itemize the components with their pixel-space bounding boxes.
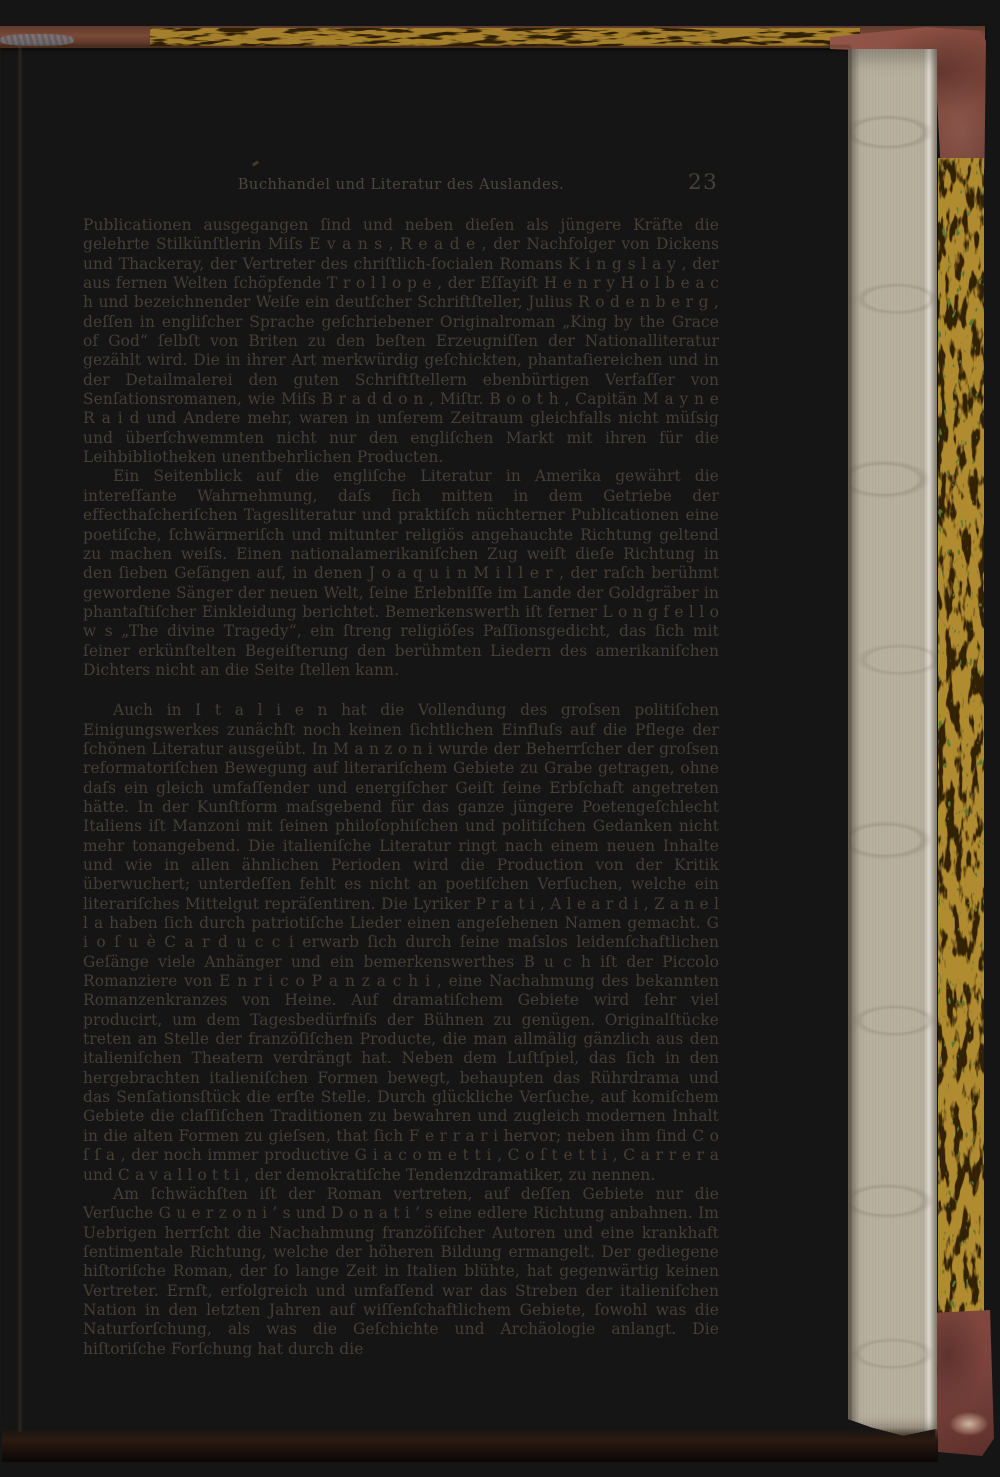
- fore-edge-marbling: [848, 49, 937, 1437]
- marbled-cover-edge: [936, 158, 984, 1320]
- paragraph: Publicationen ausgegangen ſind und neben…: [83, 216, 719, 467]
- endpaper-marble-fragment: [0, 34, 74, 46]
- page-fore-edge: [848, 49, 937, 1437]
- paragraph: Ein Seitenblick auf die engliſche Litera…: [83, 467, 719, 680]
- text-block: Publicationen ausgegangen ſind und neben…: [83, 208, 719, 1359]
- page-number: 23: [688, 170, 718, 195]
- book-page: Buchhandel und Literatur des Auslandes. …: [0, 46, 850, 1432]
- running-head: Buchhandel und Literatur des Auslandes.: [83, 176, 719, 193]
- scan-background: Buchhandel und Literatur des Auslandes. …: [0, 0, 1000, 1477]
- ink-speck: [252, 160, 259, 166]
- paragraph: Auch in I t a l i e n hat die Vollendung…: [83, 701, 719, 1185]
- paragraph: Am ſchwächſten iſt der Roman vertreten, …: [83, 1185, 719, 1359]
- marbled-cover-top-edge: [150, 28, 860, 46]
- book-bottom-shadow: [2, 1428, 938, 1462]
- gutter-crease: [17, 46, 23, 1432]
